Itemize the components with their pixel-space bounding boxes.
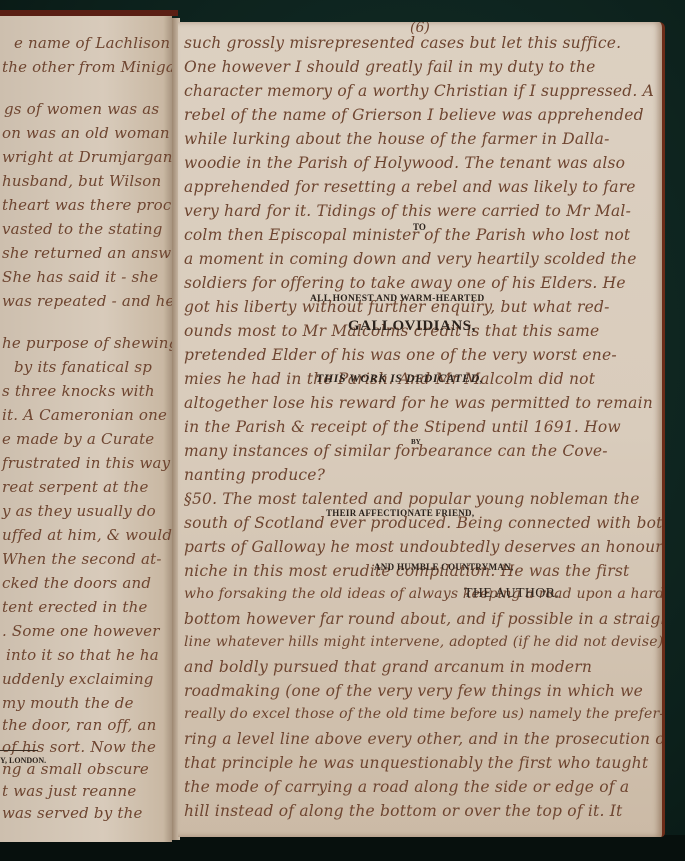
handwritten-line: it. A Cameronian one [2,406,167,424]
dedication-this-work: THIS WORK IS DEDICATED, [316,371,483,386]
handwritten-line: such grossly misrepresented cases but le… [184,34,621,52]
handwritten-line: uddenly exclaiming [2,670,154,688]
handwritten-line: who forsaking the old ideas of always ke… [184,586,664,602]
dedication-all-honest: ALL HONEST AND WARM-HEARTED [310,294,485,304]
handwritten-line: in the Parish & receipt of the Stipend u… [184,418,621,436]
handwritten-line: and boldly pursued that grand arcanum in… [184,658,592,676]
handwritten-line: line whatever hills might intervene, ado… [184,634,663,650]
handwritten-line: wright at Drumjargan [2,148,172,166]
handwritten-line: altogether lose his reward for he was pe… [184,394,653,412]
dedication-gallovidians: GALLOVIDIANS, [348,318,476,335]
handwritten-line: e name of Lachlison [14,34,170,52]
handwritten-line: ring a level line above every other, and… [184,730,665,748]
handwritten-line: pretended Elder of his was one of the ve… [184,346,617,364]
printed-rule [0,750,38,751]
handwritten-line: gs of women was as [4,100,159,118]
dedication-author: THE AUTHOR. [464,586,559,602]
right-page: (6) such grossly misrepresented cases bu… [178,22,665,837]
handwritten-line: a moment in coming down and very heartil… [184,250,637,268]
handwritten-line: hill instead of along the bottom or over… [184,802,622,820]
handwritten-line: of his sort. Now the [2,738,156,756]
handwritten-line: vasted to the stating [2,220,163,238]
handwritten-line: e made by a Curate [2,430,154,448]
handwritten-line: theart was there procu [2,196,172,214]
handwritten-line: the mode of carrying a road along the si… [184,778,629,796]
left-page: e name of Lachlison the other from Minig… [0,16,172,842]
handwritten-line: character memory of a worthy Christian i… [184,82,654,100]
handwritten-line: uffed at him, & would [2,526,172,544]
handwritten-line: bottom however far round about, and if p… [184,610,665,628]
handwritten-line: that principle he was unquestionably the… [184,754,648,772]
handwritten-line: parts of Galloway he most undoubtedly de… [184,538,665,556]
printed-imprint: Y, LONDON. [0,756,46,765]
handwritten-line: she returned an answ [2,244,171,262]
handwritten-line: the other from Minigaff [2,58,172,76]
handwritten-line: while lurking about the house of the far… [184,130,610,148]
handwritten-line: One however I should greatly fail in my … [184,58,596,76]
handwritten-line: cked the doors and [2,574,151,592]
handwritten-line: tent erected in the [2,598,148,616]
handwritten-line: nanting produce? [184,466,325,484]
handwritten-line: on was an old woman [2,124,170,142]
handwritten-line: my mouth the de [2,694,134,712]
dedication-by: BY [411,438,421,446]
handwritten-line: s three knocks with [2,382,155,400]
handwritten-line: really do excel those of the old time be… [184,706,664,722]
handwritten-line: reat serpent at the [2,478,149,496]
handwritten-line: into it so that he ha [6,646,159,664]
dedication-their-friend: THEIR AFFECTIONATE FRIEND, [326,508,474,518]
handwritten-line: very hard for it. Tidings of this were c… [184,202,631,220]
handwritten-line: . Some one however [2,622,160,640]
handwritten-line: §50. The most talented and popular young… [184,490,640,508]
handwritten-line: frustrated in this way [2,454,170,472]
handwritten-line: was served by the [2,804,143,822]
handwritten-line: rebel of the name of Grierson I believe … [184,106,644,124]
handwritten-line: the door, ran off, an [2,716,157,734]
handwritten-line: apprehended for resetting a rebel and wa… [184,178,636,196]
handwritten-line: t was just reanne [2,782,136,800]
handwritten-line: colm then Episcopal minister of the Pari… [184,226,630,244]
handwritten-line: by its fanatical sp [14,358,152,376]
handwritten-line: he purpose of shewing [2,334,172,352]
handwritten-line: woodie in the Parish of Holywood. The te… [184,154,625,172]
dedication-humble: AND HUMBLE COUNTRYMAN, [374,562,514,572]
handwritten-line: was repeated - and her [2,292,172,310]
handwritten-line: husband, but Wilson [2,172,161,190]
dedication-to: TO [413,222,426,232]
handwritten-line: She has said it - she [2,268,158,286]
handwritten-line: When the second at- [2,550,162,568]
handwritten-line: y as they usually do [2,502,156,520]
handwritten-line: soldiers for offering to take away one o… [184,274,626,292]
handwritten-line: roadmaking (one of the very very few thi… [184,682,643,700]
handwritten-line: many instances of similar forbearance ca… [184,442,608,460]
